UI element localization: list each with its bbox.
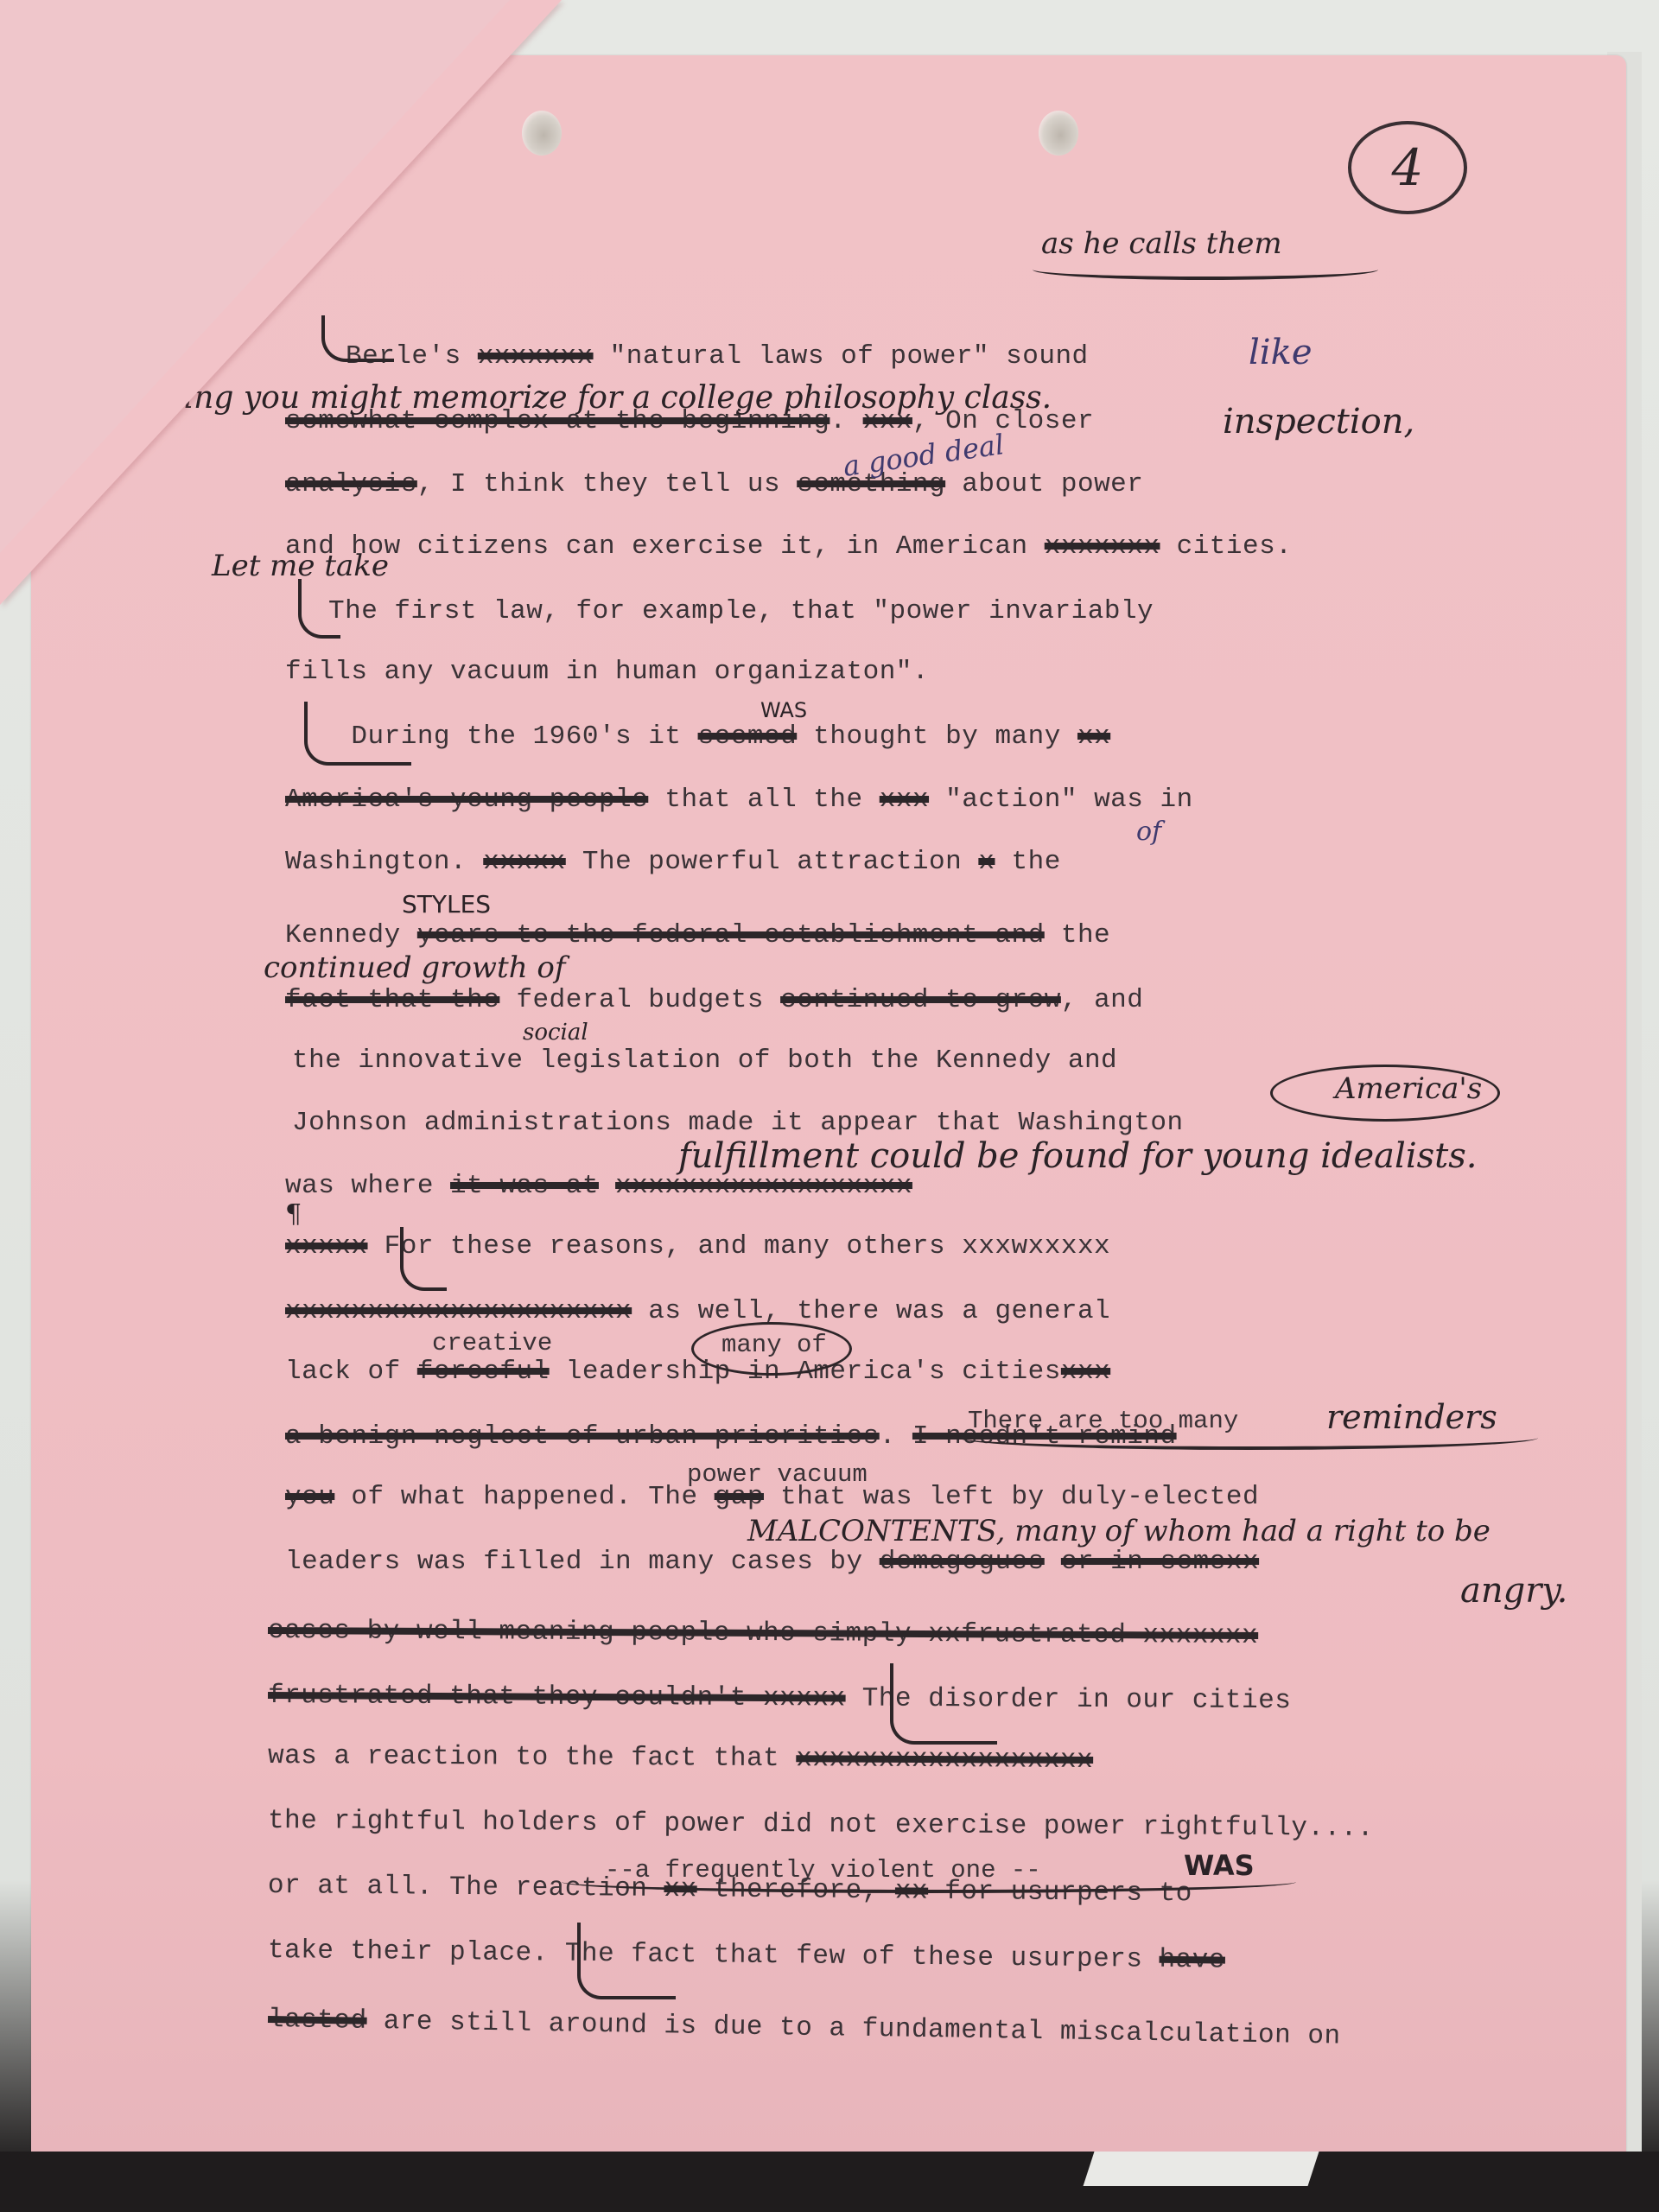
typed-line: frustrated that they couldn't xxxxx The … [268, 1681, 1292, 1716]
typed-line: cases by well-meaning people who simply … [268, 1616, 1258, 1651]
typed-line: America's young people that all the xxx … [285, 785, 1193, 815]
typed-text [1045, 1547, 1061, 1577]
struck-text: xxxxxxxxxxxxxxxxxxxxx [285, 1296, 632, 1326]
typed-line: lack of forceful leadership in America's… [285, 1357, 1110, 1387]
typed-text: lack of [285, 1357, 417, 1387]
folded-page-inner [0, 0, 510, 553]
typed-text: leaders was filled in many cases by [285, 1547, 880, 1577]
typed-insert-many-of: many of [721, 1331, 827, 1359]
struck-text: xxxxx [285, 1231, 368, 1262]
struck-text: have [1159, 1945, 1225, 1976]
typed-insert-creative: creative [432, 1329, 552, 1357]
annotation-fulfillment: fulfillment could be found for young ide… [678, 1136, 1477, 1176]
typed-text: , and [1061, 985, 1144, 1015]
typed-line: the innovative legislation of both the K… [292, 1046, 1117, 1076]
paragraph-bracket [890, 1663, 997, 1745]
typed-text: thought by many [797, 721, 1077, 752]
struck-text: fact that the [285, 985, 499, 1015]
annotation-malcontents: MALCONTENTS, many of whom had a right to… [747, 1514, 1491, 1548]
struck-text: xxxxxxxxxxxxxxxxxx [796, 1744, 1093, 1776]
typed-text: was a reaction to the fact that [268, 1741, 796, 1774]
typed-text [599, 1171, 615, 1201]
typed-text: Washington. [285, 847, 483, 877]
struck-text: years to the federal establishment and [417, 920, 1045, 950]
typed-text: was where [285, 1171, 450, 1201]
struck-text: continued to grow [780, 985, 1061, 1015]
struck-text: it was at [450, 1171, 599, 1201]
typed-text: that all the [648, 785, 879, 815]
typed-text: as well, there was a general [632, 1296, 1110, 1326]
struck-text: xxxxx [483, 847, 566, 877]
annotation-was: WAS [760, 698, 807, 722]
dark-background [0, 2152, 1659, 2212]
annotation-inspection: inspection, [1223, 402, 1414, 442]
typed-text: federal budgets [499, 985, 780, 1015]
annotation-americas: America's [1335, 1071, 1482, 1106]
typed-line: xxxxxxxxxxxxxxxxxxxxx as well, there was… [285, 1296, 1110, 1326]
annotation-of: of [1136, 817, 1161, 847]
typed-text: fills any vacuum in human organizaton". [285, 657, 929, 687]
typed-text: For these reasons, and many others xxxwx… [368, 1231, 1111, 1262]
struck-text: xxxxxxx [1045, 531, 1160, 562]
struck-text: a benign neglect of urban priorities [285, 1421, 880, 1452]
struck-text: lasted [268, 2005, 367, 2037]
page-number-text: 4 [1392, 138, 1424, 197]
struck-text: America's young people [285, 785, 648, 815]
paragraph-bracket [577, 1923, 676, 1999]
circled-page-number: 4 [1348, 121, 1467, 214]
typed-text: The powerful attraction [566, 847, 979, 877]
typed-line: Kennedy years to the federal establishme… [285, 920, 1110, 950]
struck-text: forceful [417, 1357, 550, 1387]
struck-text: seemed [698, 721, 798, 752]
typed-line: fact that the federal budgets continued … [285, 985, 1143, 1015]
struck-text: you [285, 1482, 334, 1512]
annotation-underline [1033, 259, 1378, 280]
annotation-styles: STYLES [402, 890, 491, 918]
typed-text: Johnson administrations made it appear t… [292, 1108, 1184, 1138]
paragraph-bracket [304, 702, 411, 766]
typed-text: cities. [1160, 531, 1292, 562]
struck-text: xxx [880, 785, 929, 815]
annotation-social: social [523, 1020, 588, 1046]
struck-text: frustrated that they couldn't xxxxx [268, 1681, 846, 1714]
struck-text: or in somexx [1061, 1547, 1259, 1577]
paper-scrap [1084, 2152, 1319, 2186]
struck-text: demagogues [880, 1547, 1045, 1577]
typed-line: fills any vacuum in human organizaton". [285, 657, 929, 687]
annotation-as-he-calls-them: as he calls them [1041, 226, 1282, 261]
annotation-angry: angry. [1460, 1571, 1567, 1611]
typed-text: the [995, 847, 1060, 877]
typed-line: leaders was filled in many cases by dema… [285, 1547, 1259, 1577]
punch-hole-right [1039, 111, 1078, 156]
typed-text: Kennedy [285, 920, 417, 950]
typed-line: was a reaction to the fact that xxxxxxxx… [268, 1741, 1093, 1776]
annotation-like: like [1249, 333, 1313, 372]
typed-text: the [1045, 920, 1110, 950]
typed-text: "natural laws of power" sound [594, 341, 1089, 372]
annotation-paragraph-mark: ¶ [285, 1199, 302, 1230]
typed-text: . [880, 1421, 912, 1452]
struck-text: x [978, 847, 995, 877]
struck-text: cases by well-meaning people who simply … [268, 1616, 1258, 1651]
typed-text: "action" was in [929, 785, 1193, 815]
typed-text: the innovative legislation of both the K… [292, 1046, 1117, 1076]
annotation-continued-growth: continued growth of [264, 950, 565, 985]
paragraph-bracket [400, 1227, 447, 1291]
typed-text: about power [945, 469, 1143, 499]
annotation-underline-reminders [959, 1426, 1538, 1450]
typed-text: of what happened. The [334, 1482, 714, 1512]
typed-insert-power-vacuum: power vacuum [687, 1460, 868, 1489]
struck-text: xx [1077, 721, 1110, 752]
struck-text: xxx [1061, 1357, 1110, 1387]
typed-line: Washington. xxxxx The powerful attractio… [285, 847, 1061, 877]
annotation-brace [562, 1871, 1296, 1893]
typed-line: Johnson administrations made it appear t… [292, 1108, 1184, 1138]
